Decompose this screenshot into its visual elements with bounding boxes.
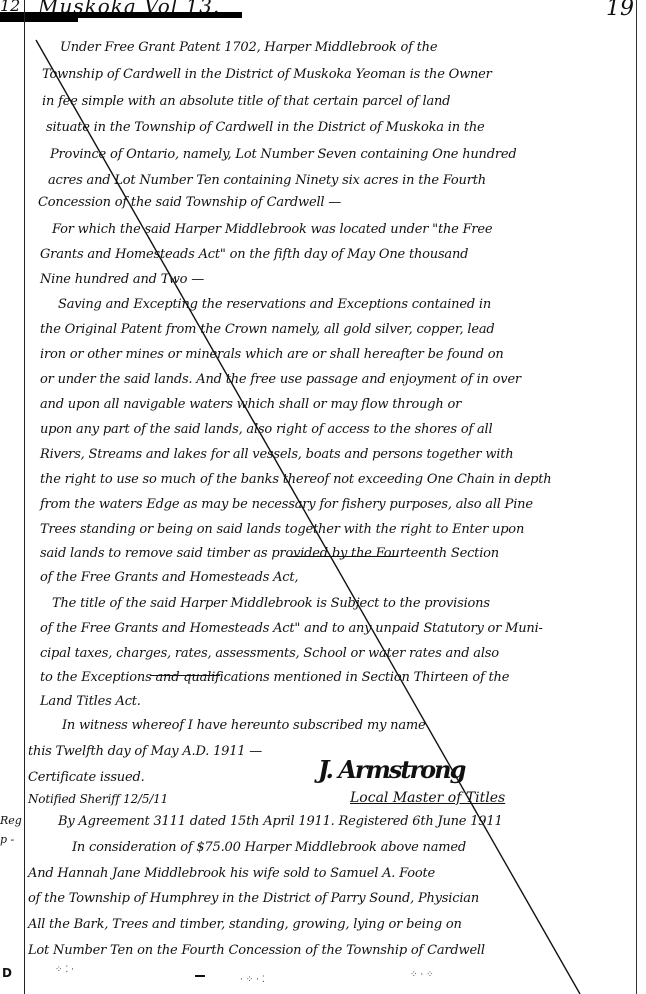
entry-1-line: Saving and Excepting the reservations an… [58, 297, 491, 312]
certificate-note: Certificate issued. [28, 770, 145, 785]
right-page-number: 19 [606, 0, 634, 21]
entry-2-line: Lot Number Ten on the Fourth Concession … [28, 943, 485, 958]
entry-1-line: of the Free Grants and Homesteads Act" a… [40, 621, 543, 636]
attestation-line: this Twelfth day of May A.D. 1911 — [28, 744, 262, 759]
left-margin-rule [24, 0, 25, 994]
entry-2-line: And Hannah Jane Middlebrook his wife sol… [28, 866, 435, 881]
entry-1-line: Province of Ontario, namely, Lot Number … [50, 147, 516, 162]
entry-1-line: Township of Cardwell in the District of … [42, 67, 492, 82]
signature-title: Local Master of Titles [350, 790, 505, 806]
entry-1-line: situate in the Township of Cardwell in t… [46, 120, 485, 135]
entry-1-line: Under Free Grant Patent 1702, Harper Mid… [60, 40, 437, 55]
entry-1-line: said lands to remove said timber as prov… [40, 546, 499, 561]
scan-noise: ⁘ ⁚ · [55, 965, 74, 975]
entry-1-line: in fee simple with an absolute title of … [42, 94, 450, 109]
entry-1-line: of the Free Grants and Homesteads Act, [40, 570, 298, 585]
entry-1-line: Land Titles Act. [40, 694, 141, 709]
entry-1-line: Rivers, Streams and lakes for all vessel… [40, 447, 513, 462]
scan-noise: ⁘ · ⁘ [410, 970, 434, 980]
entry-1-line: or under the said lands. And the free us… [40, 372, 521, 387]
scan-noise: · ⁘ · ⁚ [240, 975, 265, 985]
entry-1-line: Nine hundred and Two — [40, 272, 204, 287]
entry-2-line: In consideration of $75.00 Harper Middle… [72, 840, 466, 855]
entry-1-line: to the Exceptions and qualifications men… [40, 670, 509, 685]
entry-1-line: the Original Patent from the Crown namel… [40, 322, 495, 337]
margin-note: p - [0, 833, 14, 846]
footer-mark [195, 975, 205, 977]
entry-2-line: By Agreement 3111 dated 15th April 1911.… [58, 814, 503, 829]
end-of-line-dash [150, 675, 220, 676]
entry-1-line: the right to use so much of the banks th… [40, 472, 551, 487]
margin-note: Reg [0, 814, 22, 827]
entry-1-line: acres and Lot Number Ten containing Nine… [48, 173, 486, 188]
entry-1-line: Grants and Homesteads Act" on the fifth … [40, 247, 468, 262]
header-rule-thin [0, 18, 78, 22]
entry-1-line: For which the said Harper Middlebrook wa… [52, 222, 492, 237]
registrar-signature: J. Armstrong [318, 755, 464, 784]
entry-1-line: Trees standing or being on said lands to… [40, 522, 524, 537]
entry-2-line: of the Township of Humphrey in the Distr… [28, 891, 479, 906]
entry-1-line: iron or other mines or minerals which ar… [40, 347, 504, 362]
entry-1-line: and upon all navigable waters which shal… [40, 397, 461, 412]
entry-1-line: from the waters Edge as may be necessary… [40, 497, 533, 512]
entry-2-line: All the Bark, Trees and timber, standing… [28, 917, 462, 932]
attestation-line: In witness whereof I have hereunto subsc… [62, 718, 426, 733]
entry-1-line: cipal taxes, charges, rates, assessments… [40, 646, 499, 661]
entry-1-line: Concession of the said Township of Cardw… [38, 195, 341, 210]
sheriff-note: Notified Sheriff 12/5/11 [28, 792, 168, 806]
footer-margin-letter: D [2, 966, 12, 980]
entry-1-line: The title of the said Harper Middlebrook… [52, 596, 490, 611]
entry-1-line: upon any part of the said lands, also ri… [40, 422, 492, 437]
right-border-rule [636, 0, 637, 994]
end-of-line-dash [288, 556, 398, 557]
document-page: 12 Muskoka Vol 13. 19 Under Free Grant P… [0, 0, 646, 994]
